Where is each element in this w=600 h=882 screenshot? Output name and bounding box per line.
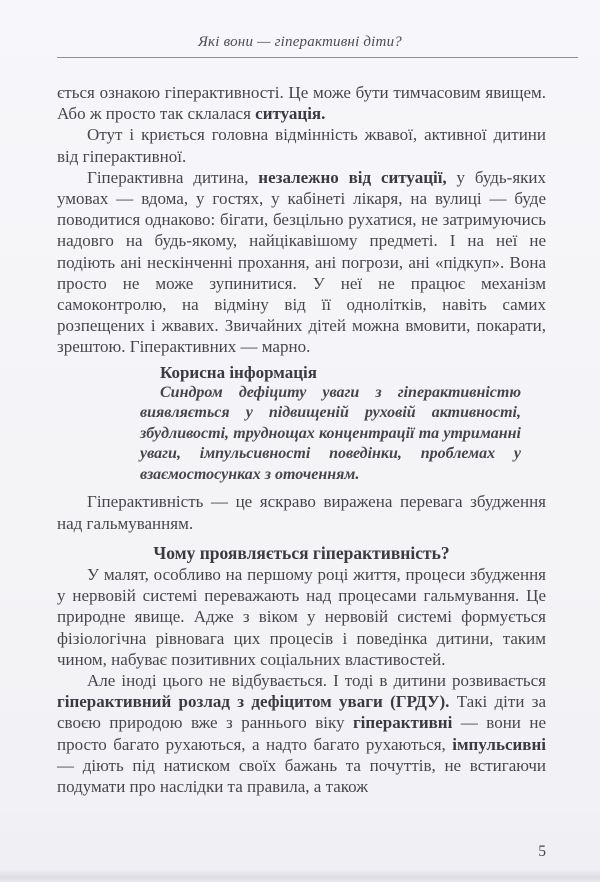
book-page: Які вони — гіперактивні діти? ється озна…: [0, 0, 600, 882]
paragraph-continuation: ється ознакою гіперактивності. Це може б…: [57, 82, 546, 124]
emphasized-text: гіперактивні: [353, 713, 452, 732]
text-run: Але іноді цього не відбувається. І тоді …: [87, 671, 546, 690]
text-run: Гіперактивна дитина,: [87, 168, 258, 187]
section-heading: Чому проявляється гіперактивність?: [57, 543, 546, 564]
paragraph-infants: У малят, особливо на першому році життя,…: [57, 564, 546, 670]
info-box-text: Синдром дефіциту уваги з гіперактивністю…: [140, 383, 521, 486]
emphasized-text: незалежно від ситуації,: [258, 168, 446, 187]
paragraph-behavior: Гіперактивна дитина, незалежно від ситуа…: [57, 167, 546, 358]
text-run: Синдром дефіциту уваги з гіперактивністю…: [140, 384, 521, 483]
emphasized-text: гіперактивний розлад з дефіцитом уваги (…: [57, 692, 449, 711]
text-run: у будь-яких умовах — вдома, у гостях, у …: [57, 168, 546, 357]
text-run: У малят, особливо на першому році життя,…: [57, 565, 546, 669]
paragraph-adhd: Але іноді цього не відбувається. І тоді …: [57, 670, 546, 797]
text-run: — діють під натиском своїх бажань та поч…: [57, 756, 546, 796]
info-box-title: Корисна інформація: [57, 362, 546, 383]
paragraph-difference: Отут і криється головна відмінність жвав…: [57, 124, 546, 166]
header-rule: [57, 57, 578, 58]
page-number: 5: [57, 843, 546, 861]
text-run: Отут і криється головна відмінність жвав…: [57, 125, 546, 165]
paragraph-definition: Гіперактивність — це яскраво виражена пе…: [57, 491, 546, 533]
text-run: Корисна інформація: [160, 363, 317, 382]
text-run: Чому проявляється гіперактивність?: [153, 543, 449, 563]
text-run: Гіперактивність — це яскраво виражена пе…: [57, 492, 546, 532]
page-body: ється ознакою гіперактивності. Це може б…: [57, 82, 546, 797]
emphasized-text: ситуація.: [255, 104, 325, 123]
running-header: Які вони — гіперактивні діти?: [0, 34, 600, 51]
emphasized-text: імпульсивні: [452, 735, 546, 754]
